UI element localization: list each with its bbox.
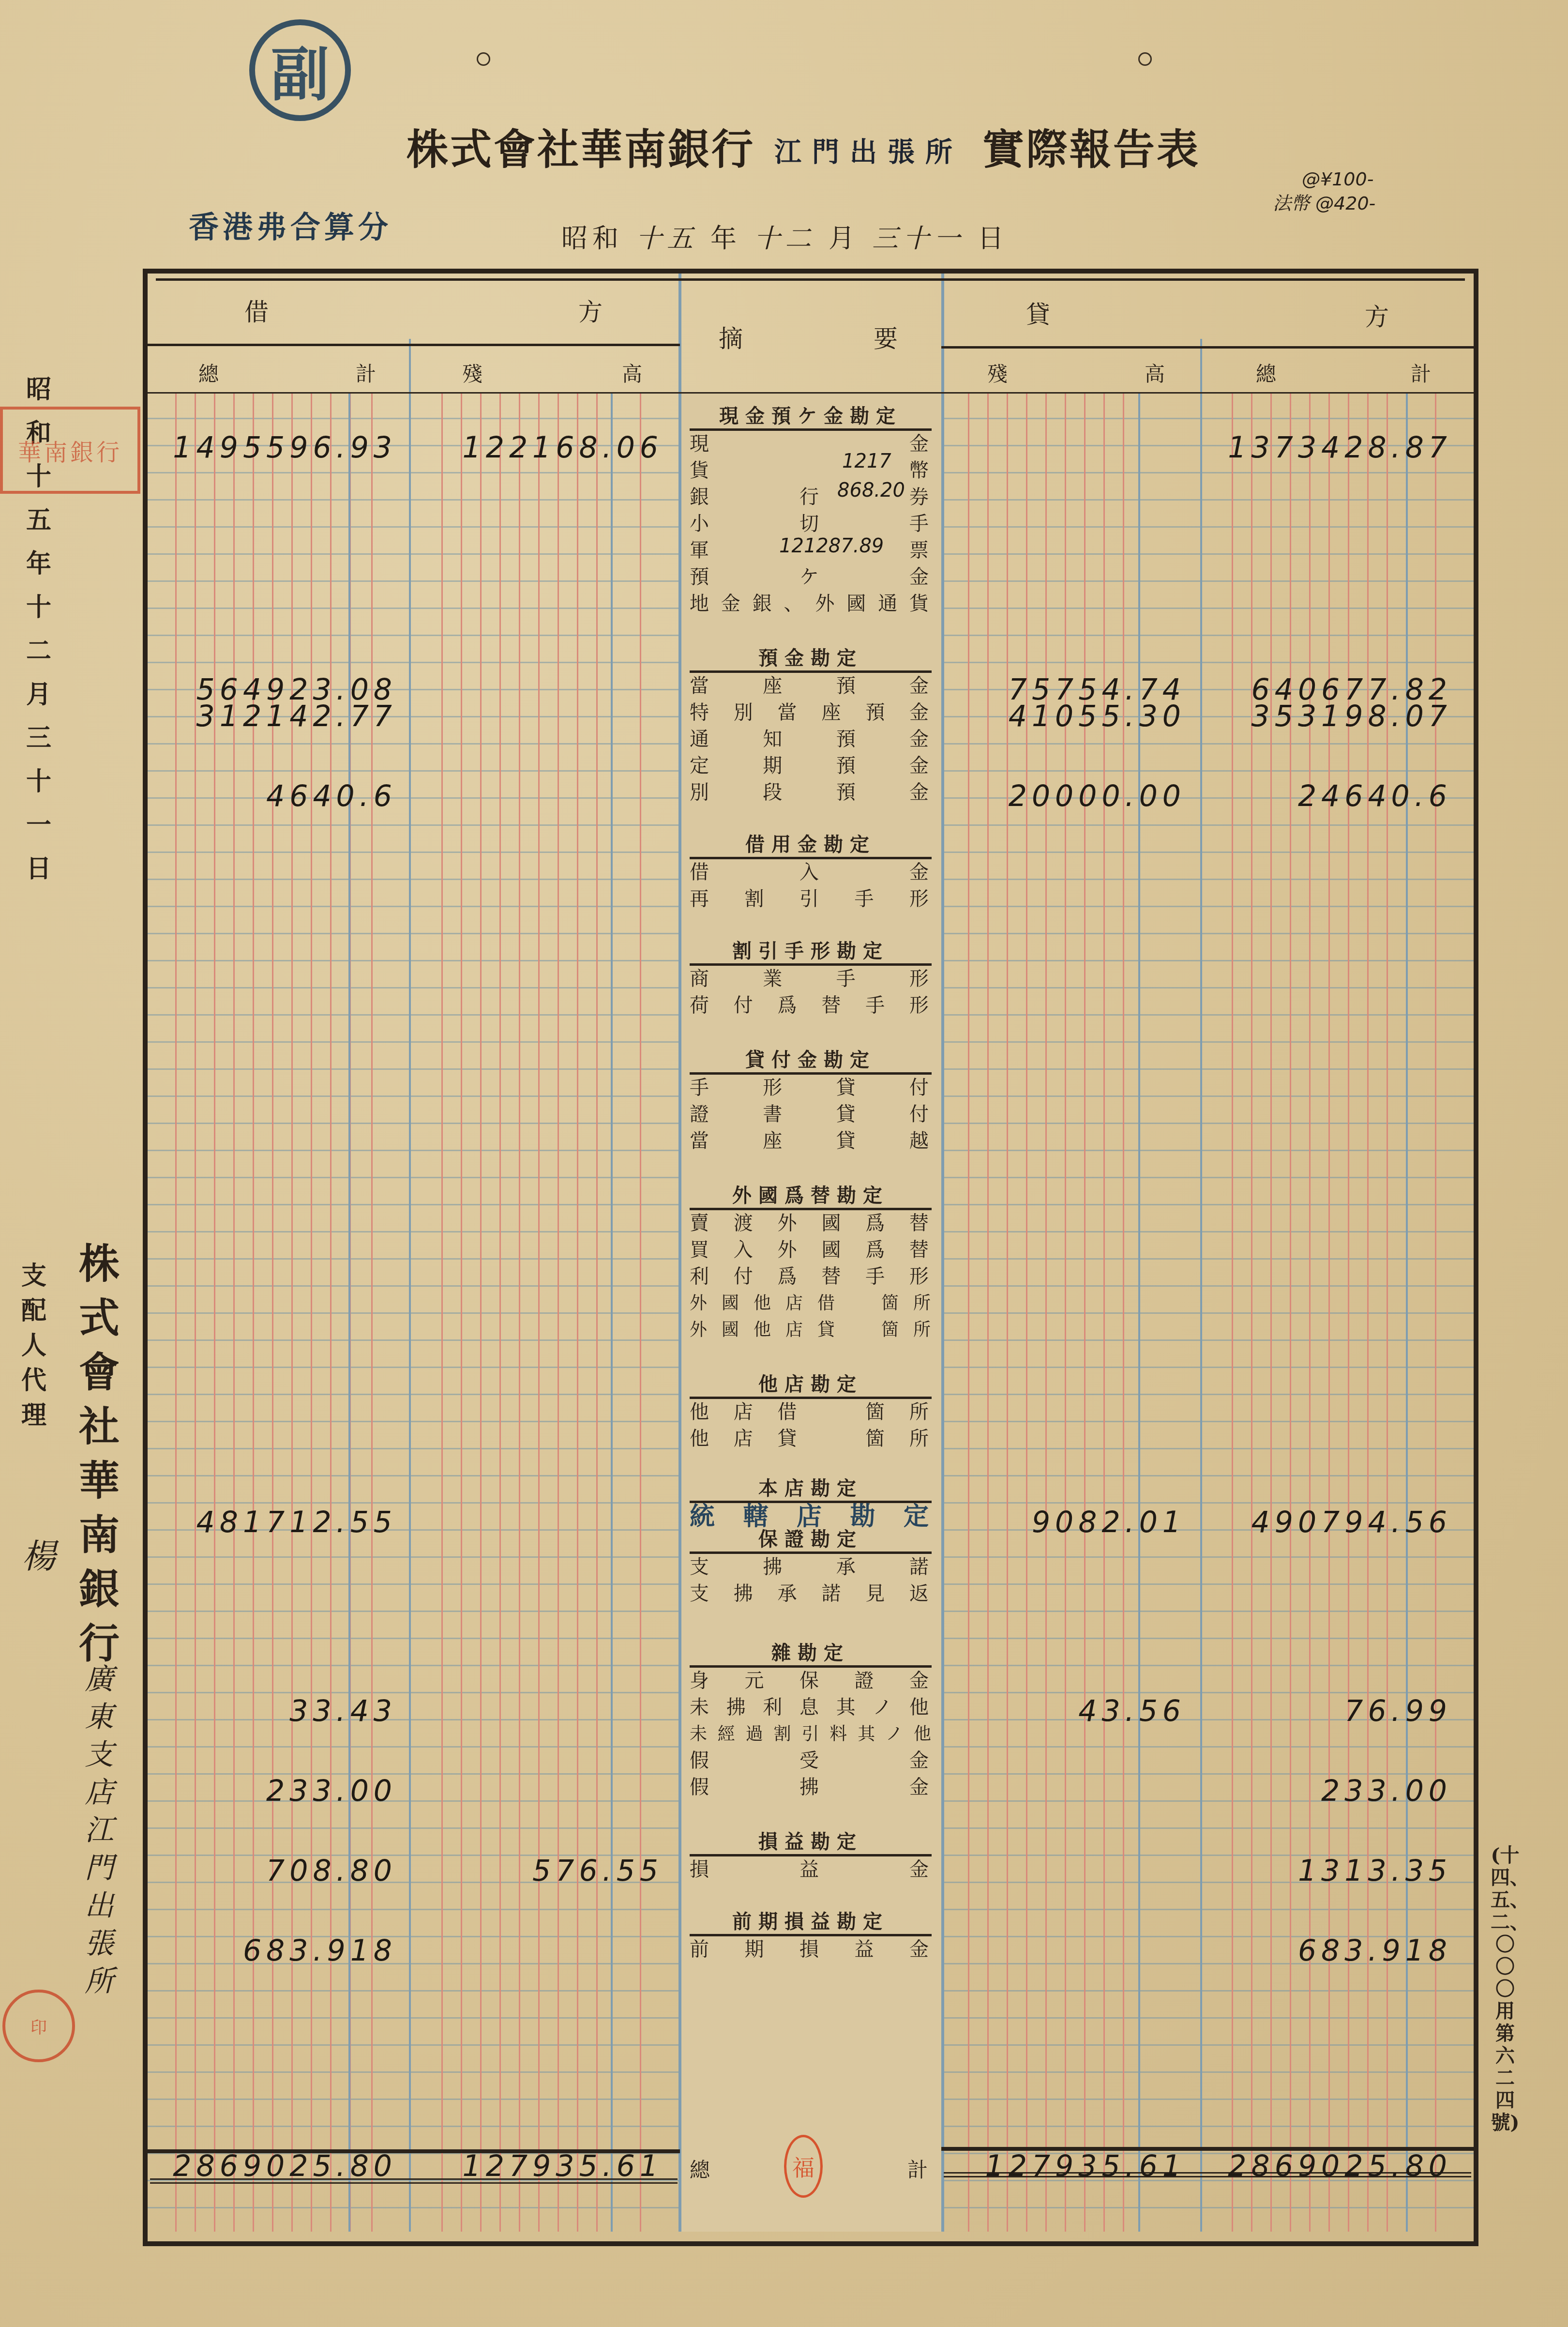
account-item: 外國他店貸 箇所	[690, 1317, 932, 1343]
account-item: 未拂利息其ノ他	[690, 1694, 932, 1721]
credit-total-cell: 683.918	[1298, 1934, 1452, 1968]
account-item: 利付爲替手形	[690, 1263, 932, 1290]
section-cash: 現金預ケ金勘定 現金 貨幣 銀行券 小切手 軍票 預ケ金 地金銀、外國通貨	[690, 404, 932, 617]
account-item: 定期預金	[690, 753, 932, 779]
debit-total-h1: 總	[198, 358, 219, 387]
debit-total-cell: 481712.55	[196, 1506, 397, 1539]
credit-total-h2: 計	[1411, 358, 1431, 387]
section-title: 損益勘定	[690, 1830, 932, 1856]
debit-total-sum: 2869025.80	[173, 2149, 397, 2183]
account-item: 身元保證金	[690, 1668, 932, 1694]
account-item: 小切手	[690, 511, 932, 537]
cash-coin-annotation: 1217	[842, 450, 891, 472]
vertical-agent-label: 支配人代理	[15, 1259, 53, 1433]
debit-balance-cell: 576.55	[532, 1854, 663, 1888]
debit-total-cell: 233.00	[266, 1774, 397, 1808]
section-title: 借用金勘定	[690, 833, 932, 859]
section-profit-loss: 損益勘定 損益金	[690, 1830, 932, 1883]
credit-header-rule	[941, 346, 1474, 349]
account-item: 通知預金	[690, 726, 932, 753]
stamp-char: 副	[271, 29, 329, 112]
date-year: 十五	[636, 223, 698, 254]
signature-seal: 印	[2, 1990, 75, 2062]
credit-total-cell: 76.99	[1344, 1694, 1452, 1728]
debit-total-cell: 312142.77	[196, 700, 397, 733]
rate-yen: @¥100-	[1273, 167, 1375, 191]
grand-total-label-2: 計	[907, 2154, 928, 2183]
section-title: 雜勘定	[690, 1641, 932, 1668]
branch-name: 江門出張所	[774, 136, 963, 168]
section-discounted-bills: 割引手形勘定 商業手形 荷付爲替手形	[690, 939, 932, 1019]
signature: 楊	[10, 1530, 68, 1583]
date-month-unit: 月	[829, 223, 859, 254]
account-item: 荷付爲替手形	[690, 992, 932, 1019]
section-title: 現金預ケ金勘定	[690, 404, 932, 431]
controlling-branch-stamp: 統轄店勘定	[690, 1503, 932, 1530]
section-guarantees: 保證勘定 支拂承諾 支拂承諾見返	[690, 1527, 932, 1607]
account-item: 賣渡外國爲替	[690, 1210, 932, 1237]
account-item: 假受金	[690, 1748, 932, 1774]
report-name: 實際報告表	[982, 125, 1200, 174]
section-loans: 貸付金勘定 手形貸付 證書貸付 當座貸越	[690, 1048, 932, 1155]
debit-total-h2: 計	[356, 358, 376, 387]
section-other-branches: 他店勘定 他店借 箇所 他店貸 箇所	[690, 1372, 932, 1452]
debit-header-rule	[148, 344, 680, 346]
debit-label-2: 方	[578, 293, 603, 328]
credit-label-1: 貸	[1026, 295, 1050, 330]
document-title: 株式會社華南銀行江門出張所實際報告表	[407, 116, 1200, 176]
credit-total-cell: 24640.6	[1298, 779, 1452, 813]
debit-total-cell: 683.918	[243, 1934, 397, 1968]
credit-total-cell: 233.00	[1321, 1774, 1452, 1808]
credit-balance-sum: 127935.61	[985, 2149, 1186, 2183]
rate-fabi: 法幣 @420-	[1273, 191, 1375, 215]
debit-balance-h1: 殘	[462, 358, 482, 387]
bank-name: 株式會社華南銀行	[407, 125, 755, 174]
punch-hole	[1138, 52, 1152, 66]
vertical-branch-handwritten: 廣東支店江門出張所	[73, 1660, 126, 2000]
credit-total-cell: 353198.07	[1251, 700, 1452, 733]
seal-char: 福	[792, 2150, 814, 2182]
account-item: 前期損益金	[690, 1936, 932, 1963]
credit-total-cell: 1313.35	[1298, 1854, 1452, 1888]
section-title: 割引手形勘定	[690, 939, 932, 966]
account-item: 他店借 箇所	[690, 1399, 932, 1426]
section-deposits: 預金勘定 當座預金 特別當座預金 通知預金 定期預金 別段預金	[690, 646, 932, 806]
account-item: 外國他店借 箇所	[690, 1290, 932, 1317]
debit-total-cell: 1495596.93	[173, 431, 397, 465]
debit-balance-h2: 高	[622, 358, 642, 387]
banknote-annotation: 868.20	[837, 479, 905, 502]
account-item: 他店貸 箇所	[690, 1426, 932, 1452]
date-month: 十二	[754, 223, 816, 254]
military-note-annotation: 121287.89	[779, 535, 884, 557]
credit-balance-cell: 43.56	[1078, 1694, 1186, 1728]
punch-hole	[477, 52, 490, 66]
account-item: 商業手形	[690, 966, 932, 992]
section-title: 他店勘定	[690, 1372, 932, 1399]
account-item: 支拂承諾	[690, 1554, 932, 1581]
account-item: 當座預金	[690, 673, 932, 700]
debit-total-cell: 33.43	[289, 1694, 397, 1728]
section-title: 保證勘定	[690, 1527, 932, 1554]
account-item: 借入金	[690, 859, 932, 886]
account-item: 支拂承諾見返	[690, 1581, 932, 1607]
debit-balance-cell: 122168.06	[463, 431, 663, 465]
account-item: 損益金	[690, 1856, 932, 1883]
credit-total-sum: 2869025.80	[1228, 2149, 1452, 2183]
section-head-office: 本店勘定 統轄店勘定	[690, 1476, 932, 1530]
credit-balance-cell: 20000.00	[1009, 779, 1186, 813]
date-day: 三十一	[872, 223, 965, 254]
credit-balance-cell: 41055.30	[1009, 700, 1186, 733]
account-item: 買入外國爲替	[690, 1237, 932, 1263]
account-item: 地金銀、外國通貨	[690, 591, 932, 617]
section-title: 外國爲替勘定	[690, 1184, 932, 1210]
date-era: 昭和	[561, 223, 623, 254]
grand-total-label-1: 總	[690, 2154, 710, 2183]
section-title: 預金勘定	[690, 646, 932, 673]
debit-total-cell: 708.80	[266, 1854, 397, 1888]
report-date: 昭和十五年十二月三十一日	[561, 218, 1009, 255]
section-foreign-exchange: 外國爲替勘定 賣渡外國爲替 買入外國爲替 利付爲替手形 外國他店借 箇所 外國他…	[690, 1184, 932, 1343]
credit-balance-h2: 高	[1145, 358, 1165, 387]
credit-balance-h1: 殘	[987, 358, 1008, 387]
date-seal: 華南銀行	[0, 407, 140, 494]
account-item: 未經過割引料其ノ他	[690, 1721, 932, 1748]
account-item: 特別當座預金	[690, 700, 932, 726]
exchange-rate-note: @¥100- 法幣 @420-	[1273, 167, 1375, 215]
credit-balance-cell: 9082.01	[1032, 1506, 1186, 1539]
seal-char: 印	[30, 2014, 47, 2038]
approval-seal: 福	[784, 2135, 823, 2198]
duplicate-stamp: 副	[249, 19, 351, 121]
debit-label-1: 借	[244, 293, 269, 328]
section-borrowings: 借用金勘定 借入金 再割引手形	[690, 833, 932, 913]
section-miscellaneous: 雜勘定 身元保證金 未拂利息其ノ他 未經過割引料其ノ他 假受金 假拂金	[690, 1641, 932, 1801]
account-item: 手形貸付	[690, 1075, 932, 1101]
account-item: 別段預金	[690, 779, 932, 806]
account-item: 假拂金	[690, 1774, 932, 1801]
date-day-unit: 日	[978, 223, 1009, 254]
credit-total-cell: 490794.56	[1251, 1506, 1452, 1539]
debit-balance-sum: 127935.61	[463, 2149, 663, 2183]
section-title: 貸付金勘定	[690, 1048, 932, 1075]
account-item: 現金	[690, 431, 932, 457]
account-item: 證書貸付	[690, 1101, 932, 1128]
section-prior-profit-loss: 前期損益勘定 前期損益金	[690, 1910, 932, 1963]
section-title: 本店勘定	[690, 1476, 932, 1503]
summary-label-1: 摘	[719, 319, 743, 354]
form-number: (十四、五、二、〇〇〇用第六二四號)	[1491, 1844, 1520, 2134]
account-item: 預ケ金	[690, 564, 932, 591]
summary-label-2: 要	[874, 319, 898, 354]
credit-total-cell: 1373428.87	[1228, 431, 1452, 465]
section-title: 前期損益勘定	[690, 1910, 932, 1936]
credit-label-2: 方	[1365, 298, 1389, 333]
account-item: 再割引手形	[690, 886, 932, 913]
currency-note-stamp: 香港弗合算分	[189, 203, 392, 246]
credit-total-h1: 總	[1256, 358, 1276, 387]
debit-total-cell: 4640.6	[266, 779, 397, 813]
header-bottom-rule	[148, 392, 1474, 394]
date-year-unit: 年	[710, 223, 741, 254]
account-item: 當座貸越	[690, 1128, 932, 1155]
seal-text: 華南銀行	[18, 434, 122, 467]
vertical-bank-name: 株式會社華南銀行	[75, 1237, 123, 1671]
